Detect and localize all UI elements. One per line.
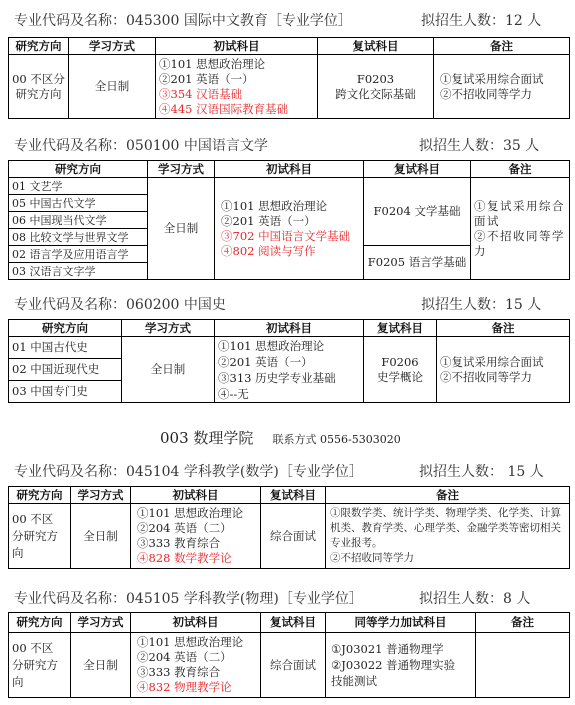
retest-cell: 综合面试: [261, 633, 326, 698]
direction-cell: 03 汉语言文字学: [9, 263, 148, 280]
retest-cell: 综合面试: [261, 504, 326, 569]
direction-line: 向: [12, 545, 67, 562]
header-exam-subjects: 初试科目: [131, 487, 261, 504]
exam-subject: ①101 思想政治理论: [159, 57, 314, 72]
direction-cell: 08 比较文学与世界文学: [9, 229, 148, 246]
direction-line: 分研究方: [12, 528, 67, 545]
direction-cell: 03 中国专门史: [9, 381, 122, 403]
major-title: 专业代码及名称：045105 学科教学(物理)［专业学位］: [14, 588, 363, 608]
equivalent-exam-item: ②J03022 普通物理实验: [331, 657, 472, 673]
quota-label: 拟招生人数：35 人: [419, 135, 539, 155]
exam-subject: ①101 思想政治理论: [137, 506, 257, 521]
note-item: ②不招收同等学力: [474, 229, 566, 259]
major-title: 专业代码及名称：045104 学科教学(数学)［专业学位］: [14, 461, 363, 481]
direction-cell: 02 中国近现代史: [9, 359, 122, 381]
direction-line: 分研究方: [12, 657, 67, 674]
exam-subject: ②201 英语（一）: [159, 72, 314, 87]
direction-line: 00 不区分: [12, 72, 65, 87]
note-item: ①复试采用综合面试: [474, 199, 566, 229]
notes-cell: ①复试采用综合面试 ②不招收同等学力: [434, 55, 570, 119]
college-header: 003 数理学院 联系方式 0556-5303020: [160, 427, 401, 448]
college-name: 003 数理学院: [160, 429, 253, 447]
retest-cell: F0205 语言学基础: [364, 246, 471, 280]
exam-subject-highlighted: ④445 汉语国际教育基础: [159, 102, 314, 117]
major-table-045105: 研究方向 学习方式 初试科目 复试科目 同等学力加试科目 备注 00 不区 分研…: [8, 612, 570, 698]
retest-code: F0203: [321, 72, 430, 87]
exam-subject-highlighted: ④802 阅读与写作: [221, 244, 360, 259]
exam-subject: ②204 英语（二）: [137, 650, 257, 665]
major-table-060200: 研究方向 学习方式 初试科目 复试科目 备注 01 中国古代史 全日制 ①101…: [8, 319, 570, 403]
exam-subjects-cell: ①101 思想政治理论 ②201 英语（一） ③313 历史学专业基础 ④--无: [215, 337, 364, 403]
header-retest: 复试科目: [318, 38, 434, 55]
header-retest: 复试科目: [364, 161, 471, 178]
exam-subjects-cell: ①101 思想政治理论 ②201 英语（一） ③702 中国语言文学基础 ④80…: [215, 178, 364, 280]
direction-cell: 06 中国现当代文学: [9, 212, 148, 229]
exam-subject-highlighted: ④828 数学教学论: [137, 551, 257, 566]
note-item: ①限数学类、统计学类、物理学类、化学类、计算机类、教育学类、心理学类、金融学类等…: [330, 506, 565, 551]
direction-cell: 00 不区分 研究方向: [9, 55, 69, 119]
header-exam-subjects: 初试科目: [156, 38, 318, 55]
header-retest: 复试科目: [261, 487, 326, 504]
header-study-mode: 学习方式: [71, 613, 131, 633]
notes-cell: ①复试采用综合面试 ②不招收同等学力: [437, 337, 570, 403]
note-item: ②不招收同等学力: [330, 551, 565, 566]
exam-subject: ②201 英语（一）: [218, 354, 360, 370]
header-notes: 备注: [326, 487, 570, 504]
exam-subject-highlighted: ④832 物理教学论: [137, 680, 257, 695]
header-study-mode: 学习方式: [122, 320, 215, 337]
retest-code: F0206: [367, 355, 433, 370]
exam-subject: ②204 英语（二）: [137, 521, 257, 536]
note-item: ①复试采用综合面试: [440, 355, 566, 370]
note-item: ①复试采用综合面试: [440, 72, 566, 87]
direction-cell: 02 语言学及应用语言学: [9, 246, 148, 263]
header-exam-subjects: 初试科目: [215, 161, 364, 178]
equivalent-exam-cell: ①J03021 普通物理学 ②J03022 普通物理实验 技能测试: [326, 633, 476, 698]
quota-label: 拟招生人数： 15 人: [419, 461, 544, 481]
retest-subject: 史学概论: [367, 370, 433, 385]
retest-cell: F0204 文学基础: [364, 178, 471, 246]
notes-cell: [476, 633, 570, 698]
retest-subject: 跨文化交际基础: [321, 87, 430, 102]
study-mode-cell: 全日制: [148, 178, 215, 280]
header-retest: 复试科目: [364, 320, 437, 337]
direction-cell: 05 中国古代文学: [9, 195, 148, 212]
note-item: ②不招收同等学力: [440, 370, 566, 385]
header-notes: 备注: [434, 38, 570, 55]
direction-line: 00 不区: [12, 511, 67, 528]
header-direction: 研究方向: [9, 320, 122, 337]
college-contact: 联系方式 0556-5303020: [273, 433, 401, 446]
quota-label: 拟招生人数：8 人: [419, 588, 530, 608]
notes-cell: ①限数学类、统计学类、物理学类、化学类、计算机类、教育学类、心理学类、金融学类等…: [326, 504, 570, 569]
notes-cell: ①复试采用综合面试 ②不招收同等学力: [471, 178, 570, 280]
quota-label: 拟招生人数：15 人: [421, 294, 541, 314]
direction-cell: 00 不区 分研究方 向: [9, 504, 71, 569]
header-study-mode: 学习方式: [71, 487, 131, 504]
exam-subject: ③313 历史学专业基础: [218, 370, 360, 386]
header-direction: 研究方向: [9, 487, 71, 504]
exam-subject-highlighted: ③702 中国语言文学基础: [221, 229, 360, 244]
major-table-050100: 研究方向 学习方式 初试科目 复试科目 备注 01 文艺学 全日制 ①101 思…: [8, 160, 570, 280]
exam-subjects-cell: ①101 思想政治理论 ②201 英语（一） ③354 汉语基础 ④445 汉语…: [156, 55, 318, 119]
exam-subject-highlighted: ③354 汉语基础: [159, 87, 314, 102]
exam-subject: ①101 思想政治理论: [221, 199, 360, 214]
quota-label: 拟招生人数：12 人: [421, 10, 541, 30]
direction-line: 研究方向: [12, 87, 65, 102]
header-equivalent-exam: 同等学力加试科目: [326, 613, 476, 633]
equivalent-exam-item: 技能测试: [331, 673, 472, 689]
header-notes: 备注: [437, 320, 570, 337]
header-exam-subjects: 初试科目: [131, 613, 261, 633]
note-item: ②不招收同等学力: [440, 87, 566, 102]
header-exam-subjects: 初试科目: [215, 320, 364, 337]
direction-cell: 00 不区 分研究方 向: [9, 633, 71, 698]
direction-line: 向: [12, 674, 67, 691]
exam-subject: ③333 教育综合: [137, 665, 257, 680]
study-mode-cell: 全日制: [69, 55, 156, 119]
study-mode-cell: 全日制: [71, 504, 131, 569]
exam-subject: ①101 思想政治理论: [137, 635, 257, 650]
exam-subject: ②201 英语（一）: [221, 214, 360, 229]
exam-subjects-cell: ①101 思想政治理论 ②204 英语（二） ③333 教育综合 ④832 物理…: [131, 633, 261, 698]
direction-line: 00 不区: [12, 640, 67, 657]
retest-cell: F0206 史学概论: [364, 337, 437, 403]
exam-subjects-cell: ①101 思想政治理论 ②204 英语（二） ③333 教育综合 ④828 数学…: [131, 504, 261, 569]
header-direction: 研究方向: [9, 161, 148, 178]
header-direction: 研究方向: [9, 613, 71, 633]
retest-cell: F0203 跨文化交际基础: [318, 55, 434, 119]
exam-subject: ①101 思想政治理论: [218, 338, 360, 354]
study-mode-cell: 全日制: [71, 633, 131, 698]
direction-cell: 01 文艺学: [9, 178, 148, 195]
exam-subject: ④--无: [218, 386, 360, 402]
major-title: 专业代码及名称：060200 中国史: [14, 294, 226, 314]
header-retest: 复试科目: [261, 613, 326, 633]
major-table-045300: 研究方向 学习方式 初试科目 复试科目 备注 00 不区分 研究方向 全日制 ①…: [8, 37, 570, 119]
major-title: 专业代码及名称：045300 国际中文教育［专业学位］: [14, 10, 352, 30]
study-mode-cell: 全日制: [122, 337, 215, 403]
header-study-mode: 学习方式: [148, 161, 215, 178]
major-title: 专业代码及名称：050100 中国语言文学: [14, 135, 268, 155]
header-notes: 备注: [471, 161, 570, 178]
header-notes: 备注: [476, 613, 570, 633]
direction-cell: 01 中国古代史: [9, 337, 122, 359]
header-direction: 研究方向: [9, 38, 69, 55]
exam-subject: ③333 教育综合: [137, 536, 257, 551]
major-table-045104: 研究方向 学习方式 初试科目 复试科目 备注 00 不区 分研究方 向 全日制 …: [8, 486, 570, 569]
equivalent-exam-item: ①J03021 普通物理学: [331, 641, 472, 657]
header-study-mode: 学习方式: [69, 38, 156, 55]
